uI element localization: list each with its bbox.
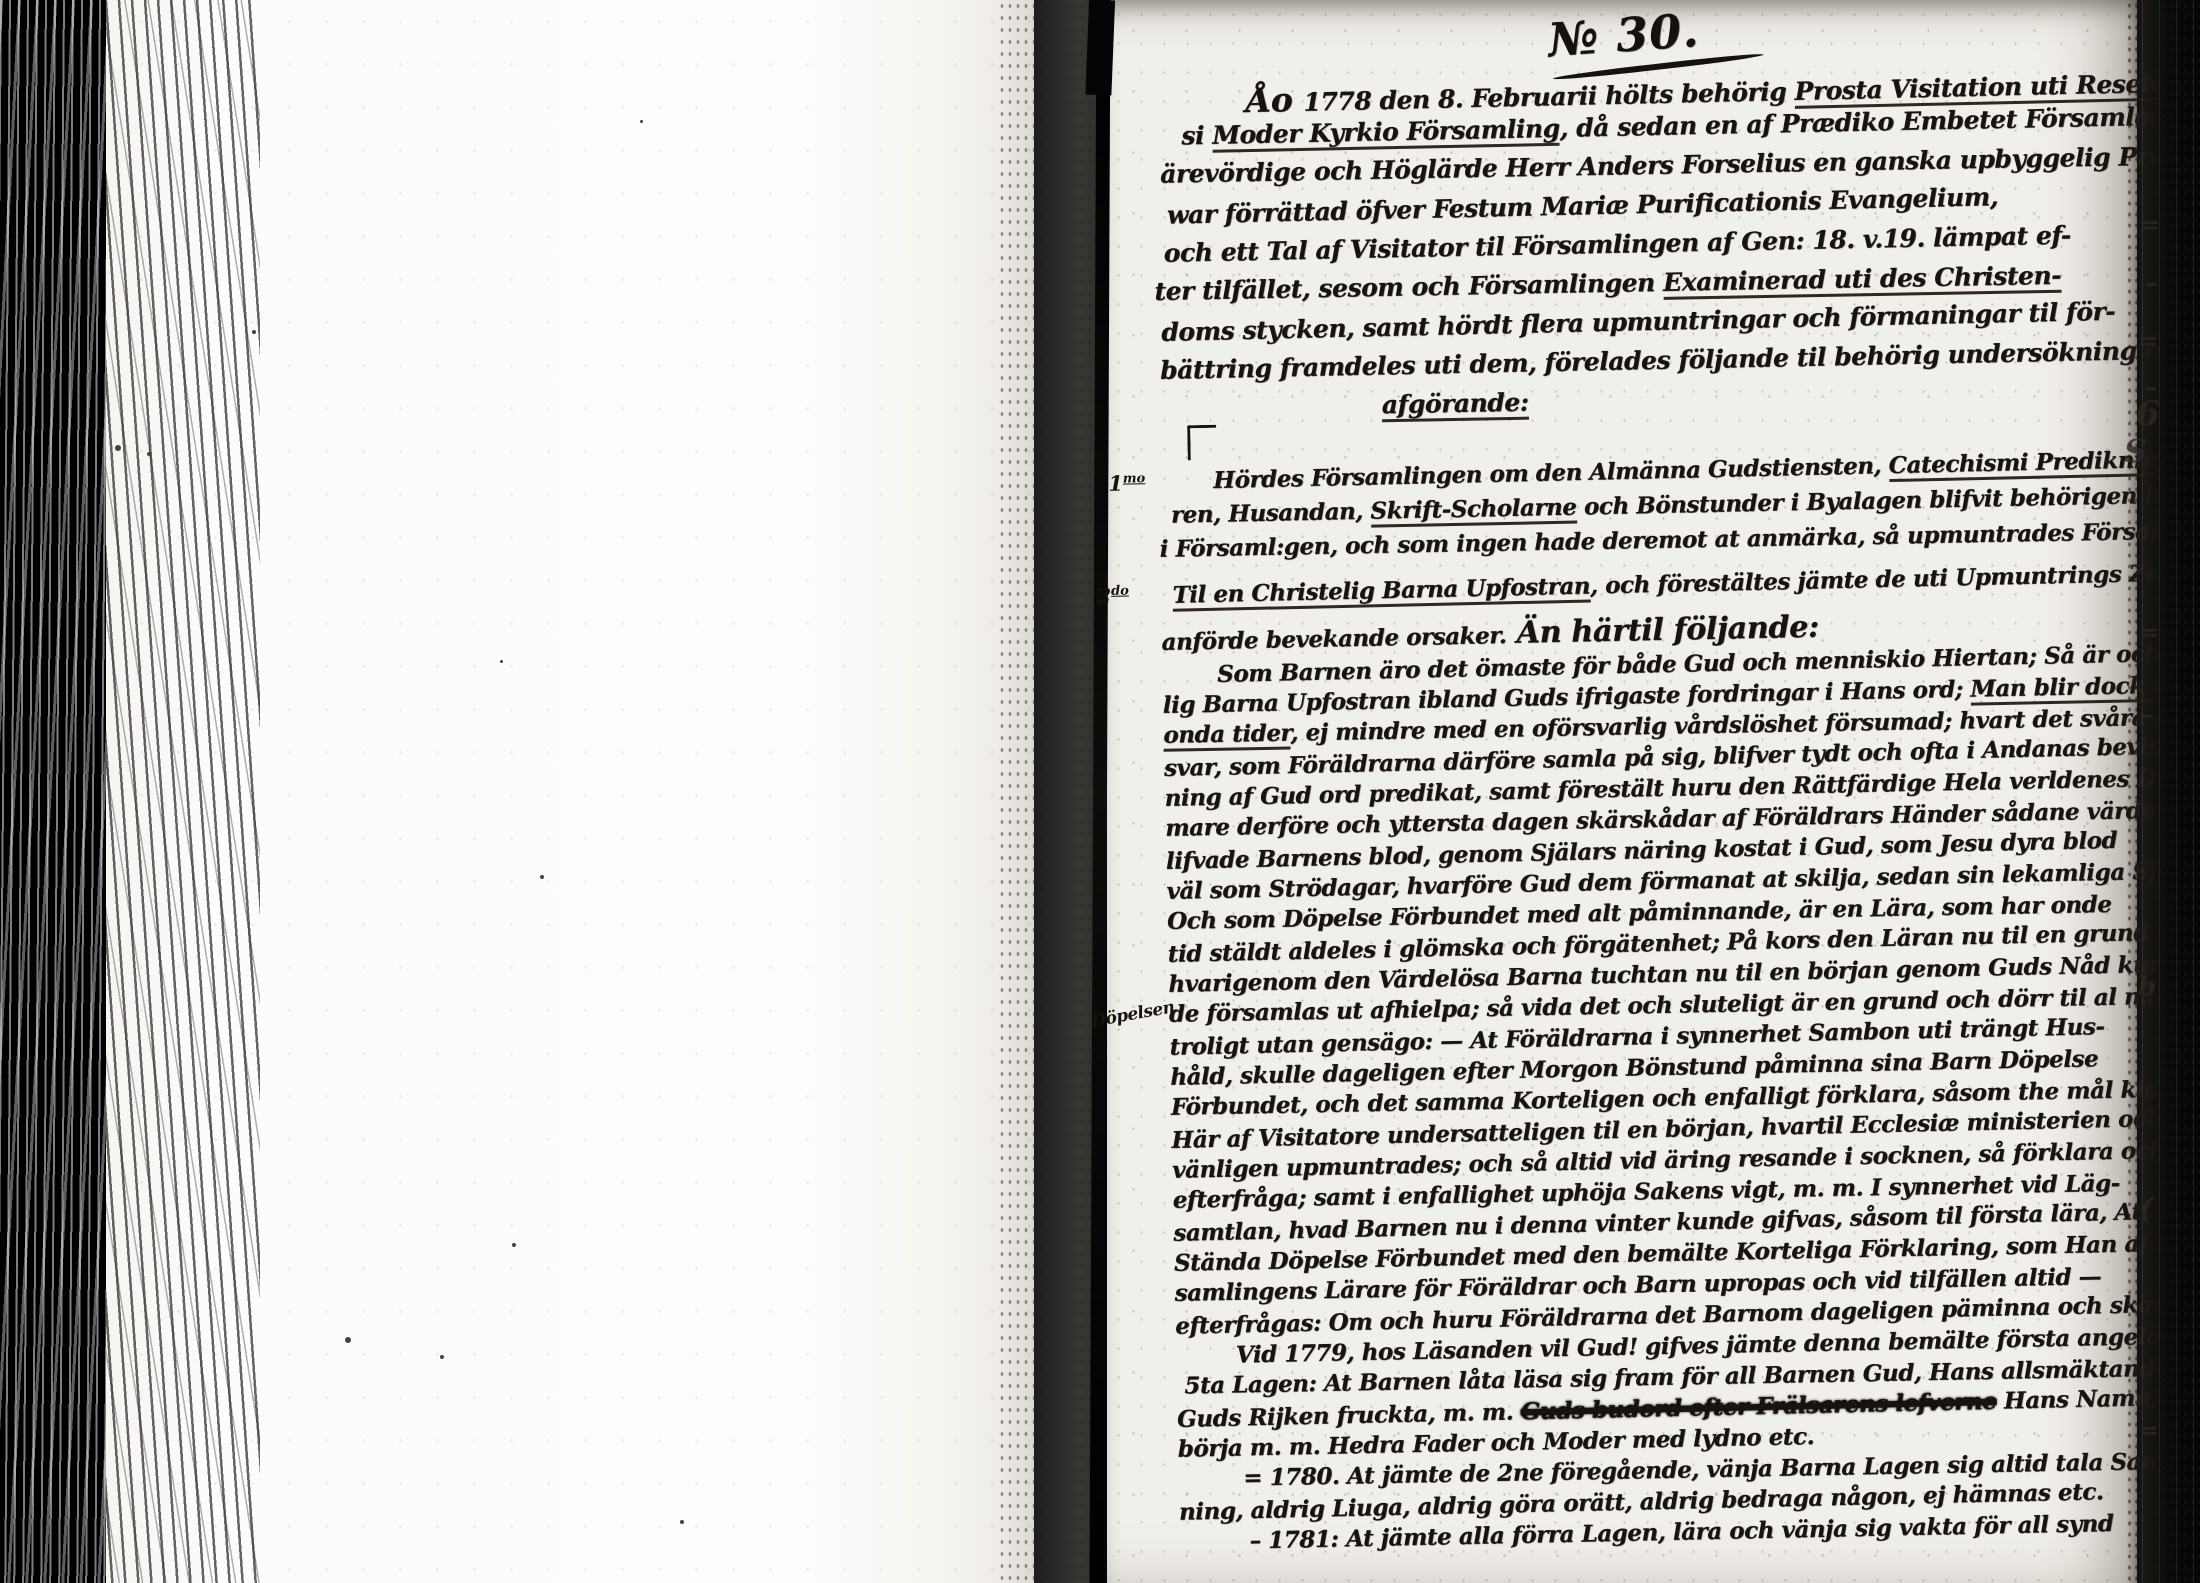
page-speck — [500, 660, 503, 663]
scan-edge-left — [0, 0, 106, 1583]
page-speck — [440, 1355, 444, 1359]
edge-ink-mark: = — [2140, 1418, 2158, 1444]
edge-ink-mark: = — [2141, 620, 2159, 646]
page-speck — [345, 1337, 351, 1343]
page-speck — [252, 330, 256, 334]
edge-ink-mark: S — [2124, 432, 2147, 470]
manuscript-line: Til en Christelig Barna Upfostran, och f… — [1172, 560, 2200, 608]
margin-bracket-mark — [1187, 425, 1217, 461]
edge-ink-mark: ( — [2139, 1192, 2153, 1227]
book-gutter-shadow — [998, 0, 1096, 1583]
manuscript-text-segment: Hördes Församlingen om den Almänna Gudst… — [1213, 452, 1889, 494]
edge-ink-mark: b — [2138, 972, 2156, 1002]
edge-ink-mark: = — [2140, 210, 2160, 239]
manuscript-text: Åo 1778 den 8. Februarii hölts behörig P… — [1150, 50, 2180, 1575]
manuscript-text-segment: Än härtil följande: — [1506, 609, 1819, 651]
manuscript-text-segment: Til en Christelig Barna Upfostran — [1172, 572, 1590, 611]
manuscript-text-segment: och ett Tal af Visitator til Församlinge… — [1163, 221, 2071, 268]
manuscript-block-secundo: 2doTil en Christelig Barna Upfostran, oc… — [1160, 562, 2160, 582]
manuscript-text-segment: afgörande: — [1382, 388, 1529, 423]
manuscript-text-segment: ter tilfället, sesom och Församlingen — [1154, 268, 1663, 306]
page-speck — [540, 875, 544, 879]
edge-ink-mark: – — [2143, 702, 2154, 728]
manuscript-text-segment: Skrift-Scholarne — [1370, 494, 1577, 528]
manuscript-text-segment: , och förestältes jämte de uti Upmuntrin… — [1590, 559, 2200, 600]
page-number-heading: № 30. — [1546, 3, 1700, 67]
margin-note: 2do — [1096, 583, 1129, 609]
edge-ink-mark: 6 — [2136, 394, 2160, 434]
manuscript-text-segment: Moder Kyrkio Församling — [1212, 114, 1560, 153]
manuscript-line: och ett Tal af Visitator til Församlinge… — [1163, 222, 2070, 268]
book-scan: № 30. Åo 1778 den 8. Februarii hölts beh… — [0, 0, 2200, 1583]
page-speck — [512, 1243, 516, 1247]
edge-ink-mark: – — [2146, 268, 2158, 297]
manuscript-text-segment: Guds budord efter Frälsarens lefverne — [1520, 1388, 1996, 1426]
manuscript-line: afgörande: — [1382, 389, 1529, 419]
edge-ink-mark: = — [2138, 326, 2158, 355]
manuscript-line: war förrättad öfver Festum Mariæ Purific… — [1167, 183, 1999, 229]
page-speck — [680, 1520, 684, 1524]
manuscript-text-segment: Guds Rijken fruckta, m. m. — [1177, 1398, 1521, 1433]
manuscript-line: ter tilfället, sesom och Församlingen Ex… — [1154, 262, 2061, 306]
page-number-text: № 30. — [1546, 3, 1700, 67]
manuscript-text-segment: Åo — [1245, 80, 1304, 120]
manuscript-text-segment: och Bönstunder i Byalagen blifvit behöri… — [1576, 481, 2200, 521]
page-speck — [640, 120, 643, 123]
manuscript-block-primo: 1moHördes Församlingen om den Almänna Gu… — [1158, 448, 2158, 468]
manuscript-text-segment: Examinerad uti des Christen- — [1663, 261, 2062, 300]
manuscript-text-segment: si — [1181, 121, 1213, 151]
manuscript-text-segment: ren, Husandan, — [1171, 498, 1371, 529]
page-speck — [147, 452, 151, 456]
manuscript-text-segment: onda tider — [1163, 720, 1291, 752]
margin-note: 1mo — [1108, 470, 1146, 496]
scan-edge-right — [2126, 0, 2200, 1583]
manuscript-text-segment: anförde bevekande orsaker. — [1161, 622, 1506, 656]
manuscript-text-segment: war förrättad öfver Festum Mariæ Purific… — [1167, 182, 1999, 229]
page-speck — [115, 445, 121, 451]
